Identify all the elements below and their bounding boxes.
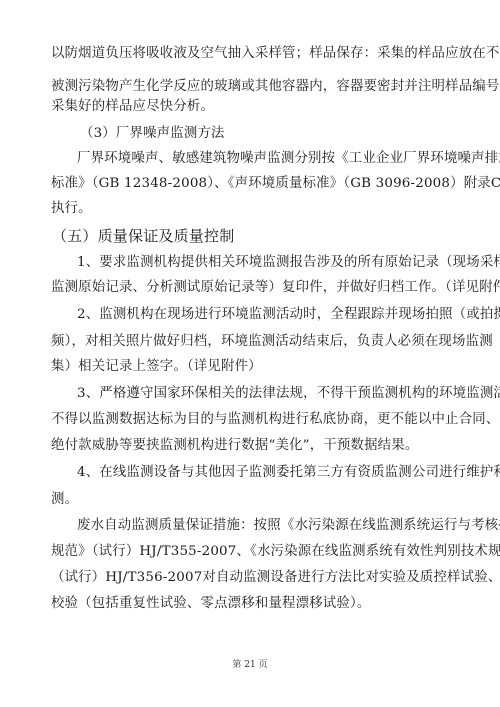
paragraph-line: 校验（包括重复性试验、零点漂移和量程漂移试验）。 (51, 596, 370, 612)
paragraph-line: 绝付款威胁等要挟监测机构进行数据“美化”，干预数据结果。 (51, 438, 418, 454)
subsection-heading: （3）厂界噪声监测方法 (80, 126, 225, 142)
paragraph-line: 规范》（试行）HJ/T355-2007、《水污染源在线监测系统有效性判别技术规范… (51, 544, 500, 560)
paragraph-line: 标准》（GB 12348-2008）、《声环境质量标准》（GB 3096-200… (51, 176, 500, 192)
paragraph-line: 废水自动监测质量保证措施：按照《水污染源在线监测系统运行与考核技术 (77, 518, 500, 534)
page-number: 第 21 页 (0, 657, 500, 670)
paragraph-line: 1、要求监测机构提供相关环境监测报告涉及的所有原始记录（现场采样、 (77, 255, 500, 271)
paragraph-line: 4、在线监测设备与其他因子监测委托第三方有资质监测公司进行维护和监 (77, 465, 500, 481)
paragraph-line: 2、监测机构在现场进行环境监测活动时，全程跟踪并现场拍照（或拍摄视 (77, 307, 500, 323)
document-page: 以防烟道负压将吸收液及空气抽入采样管；样品保存：采集的样品应放在不与 被测污染物… (0, 0, 500, 707)
paragraph-line: 3、严格遵守国家环保相关的法律法规，不得干预监测机构的环境监测活动， (77, 386, 500, 402)
paragraph-line: 监测原始记录、分析测试原始记录等）复印件，并做好归档工作。（详见附件） (51, 280, 500, 296)
paragraph-line: 测。 (51, 492, 78, 508)
paragraph-line: 不得以监测数据达标为目的与监测机构进行私底协商，更不能以中止合同、拒 (51, 412, 500, 428)
paragraph-line: 集）相关记录上签字。（详见附件） (51, 359, 262, 375)
paragraph-line: 厂界环境噪声、敏感建筑物噪声监测分别按《工业企业厂界环境噪声排放 (77, 151, 500, 167)
paragraph-line: 被测污染物产生化学反应的玻璃或其他容器内，容器要密封并注明样品编号， (51, 79, 500, 95)
paragraph-line: 执行。 (51, 201, 92, 217)
section-heading: （五）质量保证及质量控制 (52, 228, 234, 244)
paragraph-line: 采集好的样品应尽快分析。 (51, 99, 214, 115)
paragraph-line: （试行）HJ/T356-2007对自动监测设备进行方法比对实验及质控样试验、现场 (51, 570, 500, 586)
paragraph-line: 频），对相关照片做好归档，环境监测活动结束后，负责人必须在现场监测（采 (51, 334, 500, 350)
paragraph-line: 以防烟道负压将吸收液及空气抽入采样管；样品保存：采集的样品应放在不与 (51, 46, 500, 62)
